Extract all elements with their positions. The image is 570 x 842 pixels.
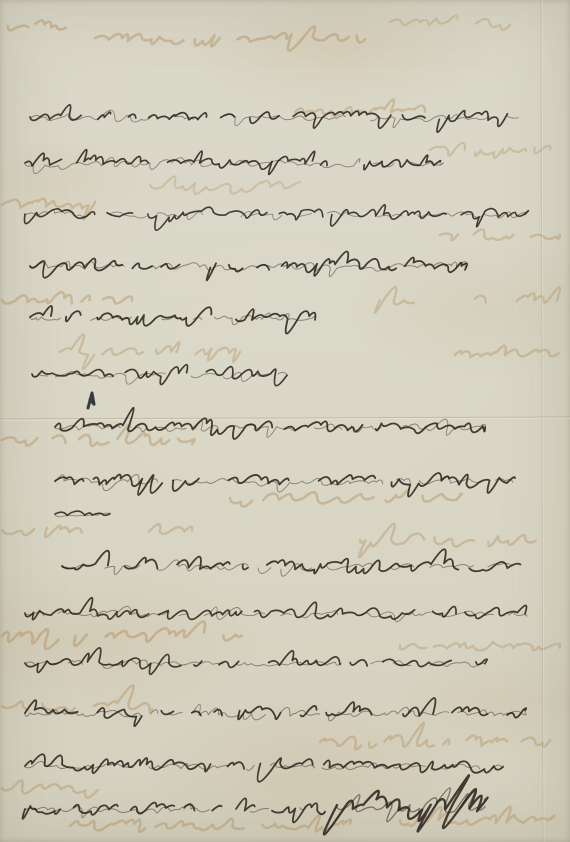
handwriting-stroke [2, 781, 114, 798]
handwriting-stroke [2, 685, 152, 713]
handwriting-stroke [25, 754, 503, 781]
handwriting-stroke [359, 524, 567, 558]
letter-page [0, 0, 570, 842]
handwriting-stroke [70, 815, 351, 832]
handwriting-stroke [400, 642, 560, 651]
handwriting-stroke [2, 524, 192, 537]
handwriting-stroke [23, 798, 325, 822]
insertion-mark [88, 393, 94, 408]
handwriting-stroke [390, 16, 510, 30]
handwriting-stroke [30, 110, 528, 128]
handwriting-stroke [25, 158, 444, 174]
handwriting-stroke [95, 26, 365, 50]
handwriting-stroke [320, 723, 550, 750]
handwriting-stroke [24, 205, 528, 230]
handwriting-stroke [62, 549, 536, 573]
handwriting-stroke [2, 622, 242, 649]
handwriting-stroke [30, 306, 315, 333]
handwriting-stroke [25, 209, 525, 219]
handwriting-stroke [2, 292, 132, 303]
handwriting-stroke [375, 287, 564, 313]
handwriting-stroke [150, 176, 300, 193]
handwriting-stroke [430, 143, 550, 158]
handwriting-stroke [60, 334, 240, 369]
handwriting-stroke [25, 803, 325, 818]
handwriting-stroke [455, 346, 569, 358]
ink-writing-layer [23, 105, 536, 823]
letter-artwork [0, 0, 570, 842]
handwriting-stroke [25, 648, 487, 674]
handwriting-stroke [8, 20, 94, 30]
handwriting-stroke [32, 365, 287, 386]
handwriting-stroke [230, 490, 462, 506]
handwriting-stroke [30, 251, 467, 280]
handwriting-stroke [25, 150, 441, 175]
